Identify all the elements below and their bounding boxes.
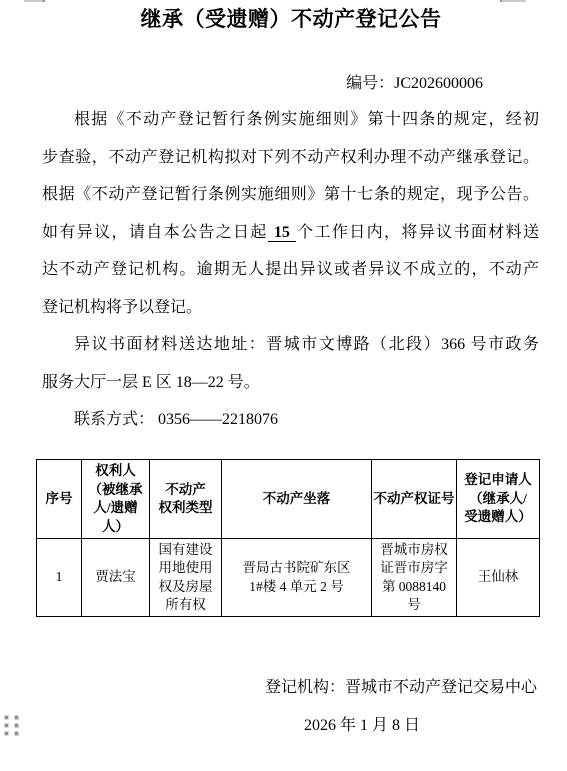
notice-number-label: 编号： [346,75,394,92]
cell-applicant: 王仙林 [457,539,540,617]
window-edge-artifact-left [24,0,45,2]
window-edge-artifact-right [500,0,526,2]
footer-date: 2026 年 1 月 8 日 [0,715,420,737]
notice-line: 登记机构将予以登记。 [42,289,539,327]
notice-line: 根据《不动产登记暂行条例实施细则》第十四条的规定，经初 [42,101,539,139]
column-header-location: 不动产坐落 [222,460,372,539]
cell-righttype: 国有建设 用地使用 权及房屋 所有权 [150,539,222,617]
cell-location: 晋局古书院矿东区 1#楼 4 单元 2 号 [222,539,372,617]
notice-body: 根据《不动产登记暂行条例实施细则》第十四条的规定，经初 步查验，不动产登记机构拟… [42,101,539,439]
drag-grip-dots-artifact [5,716,18,735]
notice-line: 步查验，不动产登记机构拟对下列不动产权利办理不动产继承登记。 [42,139,539,177]
notice-line: 根据《不动产登记暂行条例实施细则》第十七条的规定，现予公告。 [42,176,539,214]
notice-line: 联系方式： 0356——2218076 [42,401,539,439]
footer-agency: 登记机构：晋城市不动产登记交易中心 [0,677,537,699]
notice-number: 编号：JC202600006 [0,73,483,95]
cell-certno: 晋城市房权 证晋市房字 第 0088140 号 [372,539,457,617]
column-header-seq: 序号 [37,460,82,539]
table-header-row: 序号 权利人 （被继承 人/遗赠 人） 不动产 权利类型 不动产坐落 不动产权证… [37,460,540,539]
table-row: 1 贾法宝 国有建设 用地使用 权及房屋 所有权 晋局古书院矿东区 1#楼 4 … [37,539,540,617]
column-header-obligee: 权利人 （被继承 人/遗赠 人） [82,460,150,539]
cell-seq: 1 [37,539,82,617]
column-header-applicant: 登记申请人 （继承人/ 受遗赠人） [457,460,540,539]
notice-line: 达不动产登记机构。逾期无人提出异议或者异议不成立的，不动产 [42,251,539,289]
notice-page: 继承（受遗赠）不动产登记公告 编号：JC202600006 根据《不动产登记暂行… [0,0,567,771]
notice-line: 异议书面材料送达地址：晋城市文博路（北段）366 号市政务 [42,326,539,364]
column-header-certno: 不动产权证号 [372,460,457,539]
registration-table: 序号 权利人 （被继承 人/遗赠 人） 不动产 权利类型 不动产坐落 不动产权证… [36,459,540,617]
notice-line: 服务大厅一层 E 区 18—22 号。 [42,364,539,402]
notice-line-text: 如有异议，请自本公告之日起 [42,224,268,241]
column-header-righttype: 不动产 权利类型 [150,460,222,539]
objection-days-value: 15 [268,224,296,242]
notice-line-text: 个工作日内，将异议书面材料送 [296,224,539,241]
notice-title: 继承（受遗赠）不动产登记公告 [42,3,540,35]
cell-obligee: 贾法宝 [82,539,150,617]
notice-line: 如有异议，请自本公告之日起15个工作日内，将异议书面材料送 [42,214,539,252]
notice-number-value: JC202600006 [394,75,483,92]
